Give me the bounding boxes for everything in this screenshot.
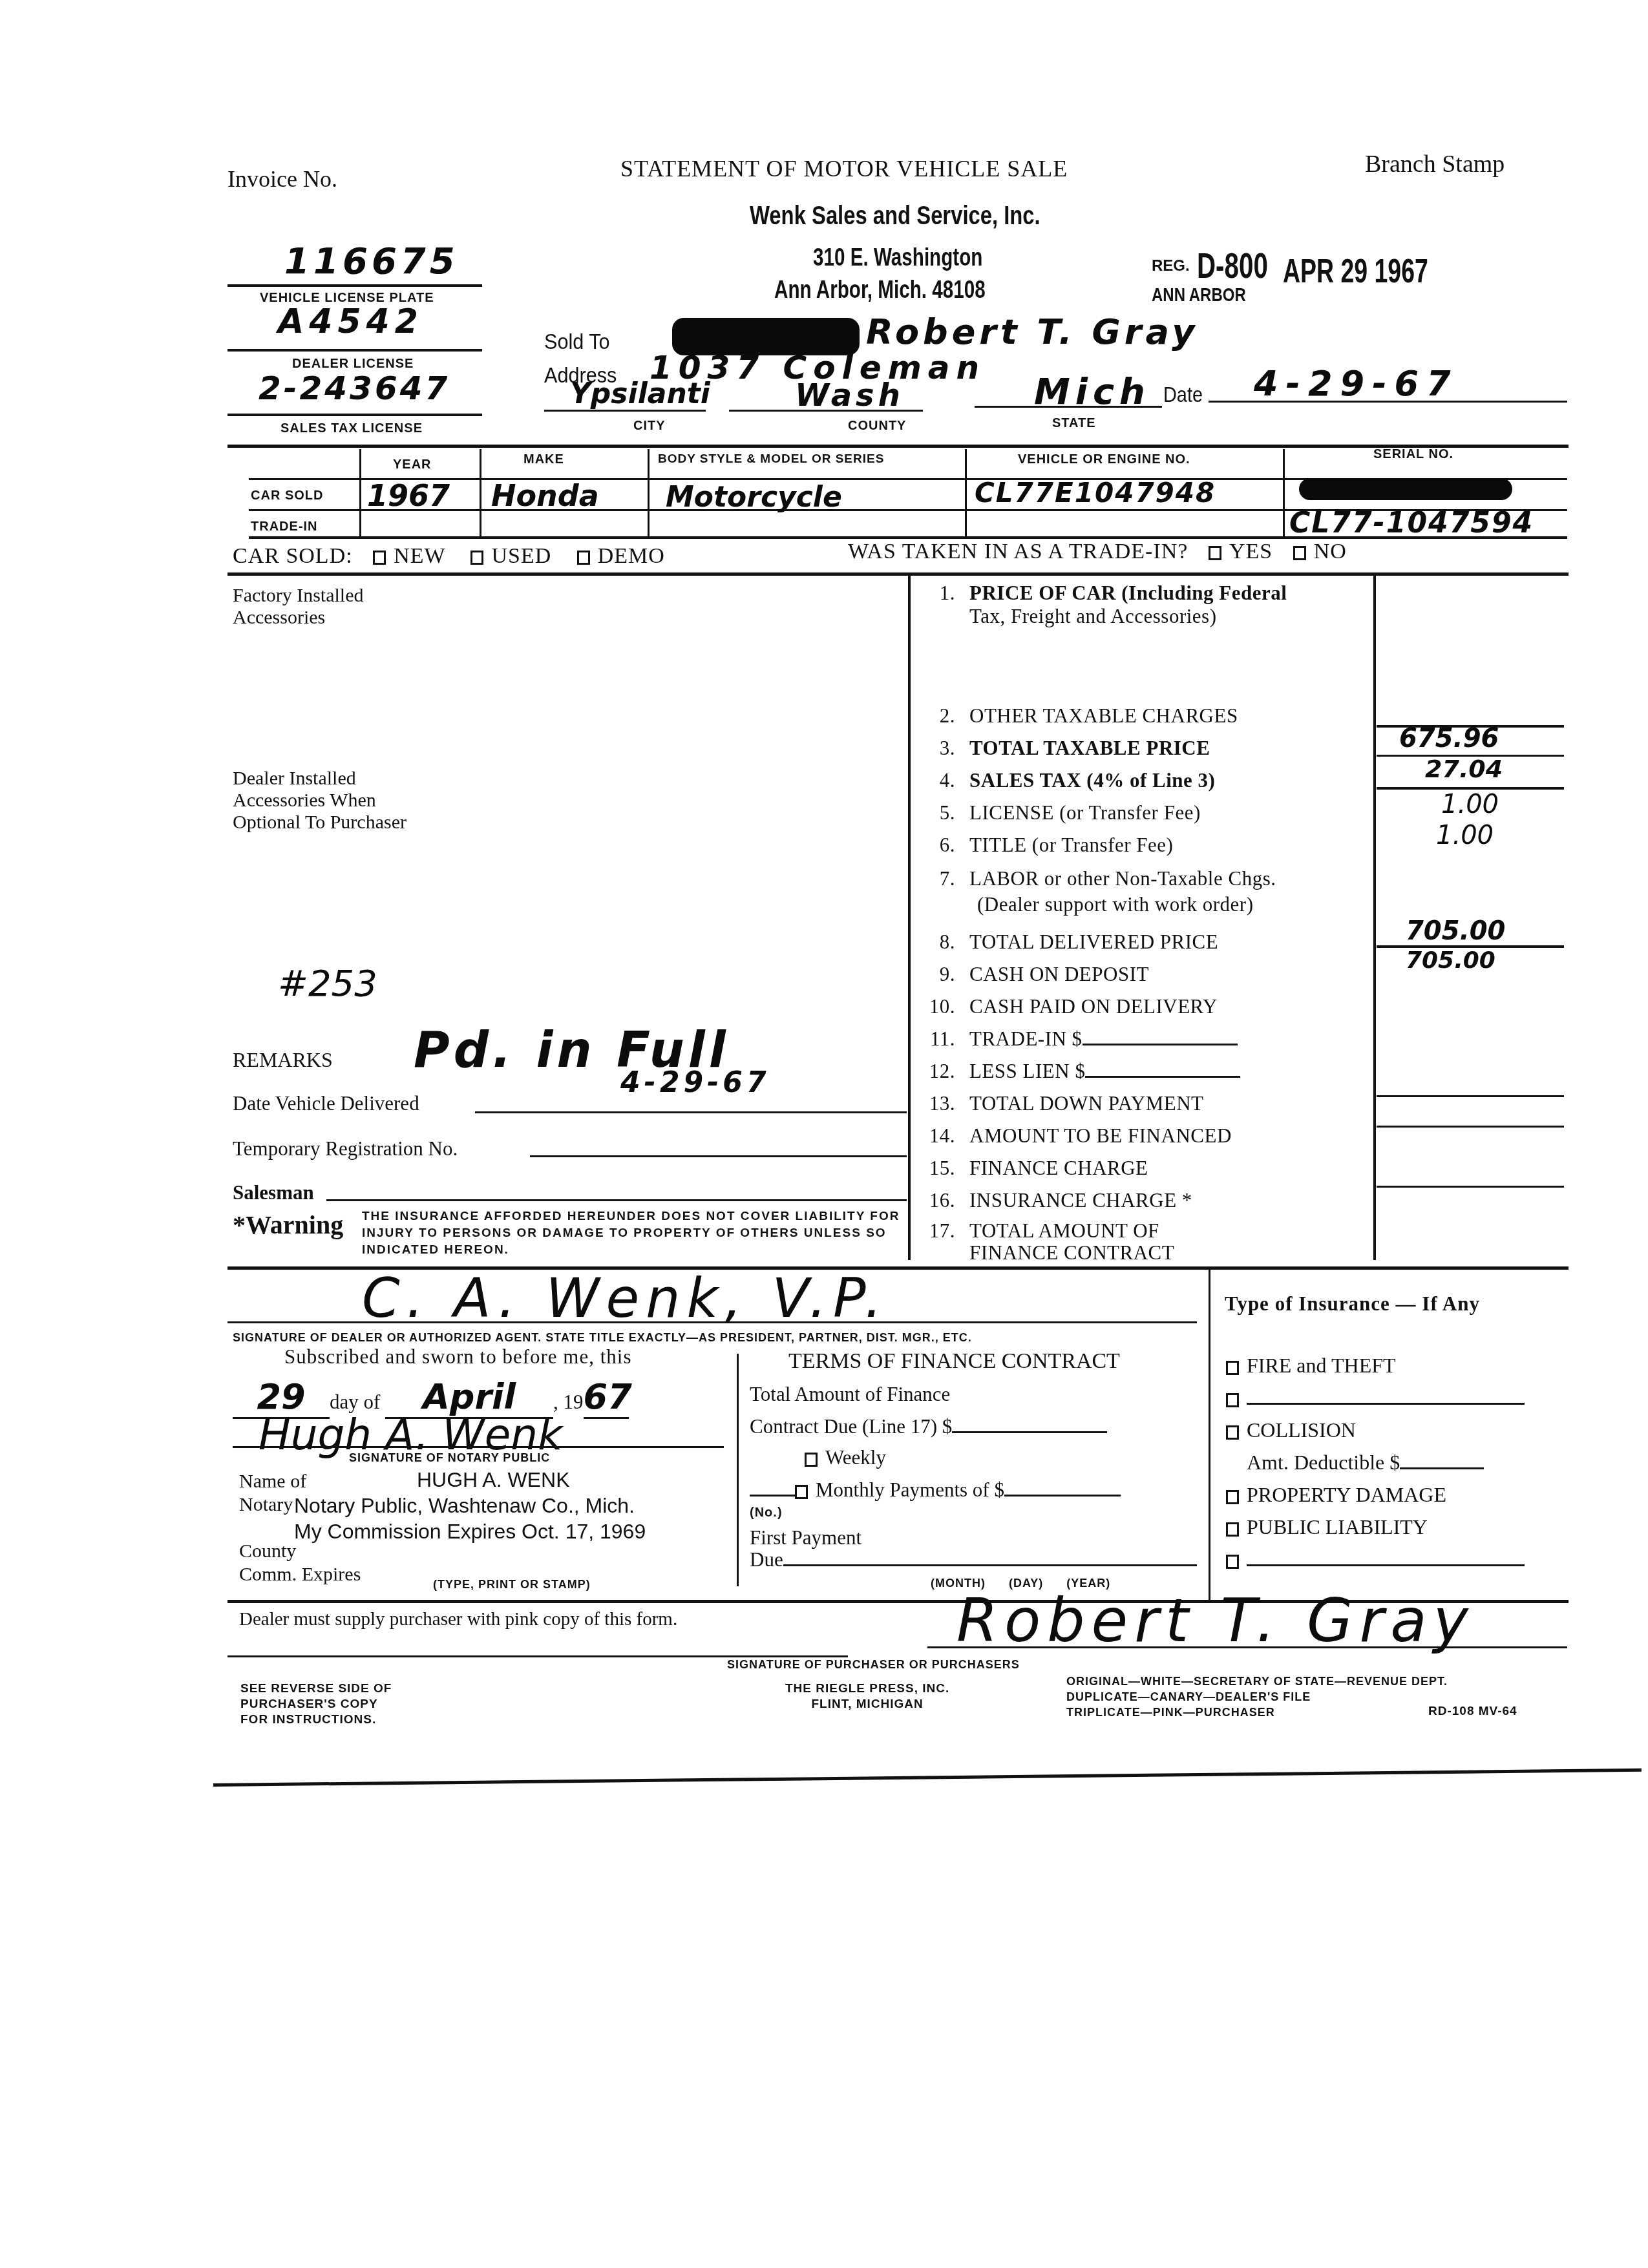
- monthly-option: Monthly Payments of $: [750, 1478, 1121, 1502]
- line-10-cash-delivery: 10.CASH PAID ON DELIVERY: [924, 995, 1218, 1018]
- line-4-sales-tax: 4.SALES TAX (4% of Line 3): [924, 769, 1215, 792]
- remarks-label: REMARKS: [233, 1048, 333, 1072]
- printer-credit: THE RIEGLE PRESS, INC. FLINT, MICHIGAN: [785, 1681, 949, 1712]
- amount-line-3[interactable]: 675.96: [1399, 724, 1499, 753]
- bottom-rule: [213, 1769, 1642, 1787]
- insurance-option-collision[interactable]: COLLISION: [1226, 1414, 1525, 1446]
- amount-line-6[interactable]: 1.00: [1436, 821, 1494, 850]
- line-3-total-taxable: 3.TOTAL TAXABLE PRICE: [924, 737, 1210, 760]
- insurance-option-blank-1[interactable]: [1226, 1381, 1525, 1414]
- amount-line-9[interactable]: 705.00: [1406, 947, 1495, 974]
- see-reverse-note: SEE REVERSE SIDE OF PURCHASER'S COPY FOR…: [240, 1681, 392, 1728]
- date-delivered-label: Date Vehicle Delivered: [233, 1092, 419, 1115]
- deductible: Amt. Deductible $: [1247, 1446, 1525, 1478]
- yes-label: YES: [1229, 540, 1273, 563]
- dealer-license-value[interactable]: A4542: [278, 302, 423, 341]
- no-label: NO: [1314, 540, 1347, 563]
- amount-line-4[interactable]: 27.04: [1425, 755, 1503, 783]
- trade-in-question-label: WAS TAKEN IN AS A TRADE-IN?: [848, 540, 1188, 563]
- purchaser-signature[interactable]: Robert T. Gray: [956, 1586, 1475, 1655]
- amount-line-5[interactable]: 1.00: [1441, 790, 1499, 819]
- car-sold-label: CAR SOLD:: [233, 544, 353, 568]
- sold-to-label: Sold To: [544, 330, 610, 355]
- line-17-total-finance: 17.TOTAL AMOUNT OF FINANCE CONTRACT: [924, 1220, 1174, 1264]
- notary-stamp: HUGH A. WENK Notary Public, Washtenaw Co…: [255, 1467, 646, 1544]
- dealer-street: 310 E. Washington: [813, 244, 982, 272]
- monthly-checkbox[interactable]: [795, 1485, 808, 1499]
- form-title: STATEMENT OF MOTOR VEHICLE SALE: [620, 155, 1068, 182]
- insurance-title: Type of Insurance — If Any: [1225, 1292, 1480, 1316]
- dealer-signature[interactable]: C. A. Wenk, V.P.: [362, 1266, 889, 1330]
- car-sold-options: CAR SOLD: NEW USED DEMO: [233, 544, 665, 569]
- line-13-down-payment: 13.TOTAL DOWN PAYMENT: [924, 1092, 1203, 1115]
- yes-checkbox[interactable]: [1209, 546, 1221, 560]
- sworn-text: Subscribed and sworn to before me, this: [284, 1345, 631, 1369]
- copy-distribution: ORIGINAL—WHITE—SECRETARY OF STATE—REVENU…: [1066, 1674, 1448, 1720]
- line-6-title: 6.TITLE (or Transfer Fee): [924, 834, 1173, 857]
- insurance-option-fire-theft[interactable]: FIRE and THEFT: [1226, 1349, 1525, 1381]
- new-label: NEW: [394, 544, 445, 568]
- line-5-license: 5.LICENSE (or Transfer Fee): [924, 801, 1201, 824]
- factory-accessories-label: Factory Installed Accessories: [233, 585, 363, 629]
- col-serial-no: SERIAL NO.: [1373, 447, 1453, 462]
- weekly-option: Weekly: [805, 1446, 886, 1469]
- weekly-checkbox[interactable]: [805, 1453, 818, 1467]
- invoice-label: Invoice No.: [227, 165, 337, 193]
- line-1-price-of-car: 1.PRICE OF CAR (Including Federal Tax, F…: [924, 582, 1287, 628]
- dealer-accessories-label: Dealer Installed Accessories When Option…: [233, 768, 407, 834]
- insurance-options: FIRE and THEFT COLLISION Amt. Deductible…: [1226, 1349, 1525, 1575]
- temp-reg-label: Temporary Registration No.: [233, 1137, 458, 1160]
- notary-signature-caption: Signature of Notary Public: [349, 1451, 550, 1465]
- dealer-city: Ann Arbor, Mich. 48108: [774, 277, 986, 304]
- date-value[interactable]: 4-29-67: [1254, 363, 1459, 404]
- city-value[interactable]: Ypsilanti: [570, 377, 710, 410]
- stamp-code: D-800: [1197, 244, 1268, 286]
- no-checkbox[interactable]: [1293, 546, 1306, 560]
- row-label-car-sold: CAR SOLD: [251, 488, 323, 503]
- stamp-branch: ANN ARBOR: [1152, 284, 1246, 306]
- line-12-less-lien: 12.LESS LIEN $: [924, 1060, 1240, 1083]
- no-label: (No.): [750, 1506, 783, 1520]
- first-payment-label: First Payment: [750, 1526, 861, 1549]
- insurance-option-public-liability[interactable]: PUBLIC LIABILITY: [1226, 1511, 1525, 1543]
- car-sold-body[interactable]: Motorcycle: [666, 481, 842, 514]
- deductible-field[interactable]: [1400, 1467, 1484, 1469]
- salesman-label: Salesman: [233, 1181, 314, 1204]
- col-body-style: BODY STYLE & MODEL OR SERIES: [658, 452, 884, 467]
- line-9-cash-deposit: 9.CASH ON DEPOSIT: [924, 963, 1149, 986]
- sold-to-value[interactable]: Robert T. Gray: [866, 311, 1198, 352]
- row-label-trade-in: TRADE-IN: [251, 520, 318, 534]
- demo-checkbox[interactable]: [577, 551, 590, 565]
- stamp-reg: REG.: [1152, 257, 1190, 275]
- amount-line-8[interactable]: 705.00: [1406, 916, 1505, 946]
- remarks-date[interactable]: 4-29-67: [620, 1066, 770, 1099]
- used-label: USED: [491, 544, 551, 568]
- line-7-labor: 7.LABOR or other Non-Taxable Chgs. (Deal…: [924, 866, 1276, 918]
- line-2-other-taxable: 2.OTHER TAXABLE CHARGES: [924, 704, 1238, 728]
- car-sold-year[interactable]: 1967: [367, 478, 450, 513]
- form-code: RD-108 MV-64: [1428, 1705, 1517, 1719]
- warning-text: THE INSURANCE AFFORDED HEREUNDER DOES NO…: [362, 1208, 905, 1259]
- line-15-finance-charge: 15.FINANCE CHARGE: [924, 1157, 1148, 1180]
- demo-label: DEMO: [598, 544, 665, 568]
- warning-label: *Warning: [233, 1210, 343, 1240]
- finance-total-line2: Contract Due (Line 17) $: [750, 1415, 1107, 1438]
- insurance-option-property-damage[interactable]: PROPERTY DAMAGE: [1226, 1478, 1525, 1511]
- contract-due-field[interactable]: [952, 1431, 1107, 1433]
- redacted-serial: [1299, 478, 1512, 500]
- line-11-trade-in: 11.TRADE-IN $: [924, 1027, 1238, 1051]
- finance-terms-title: TERMS OF FINANCE CONTRACT: [788, 1349, 1120, 1374]
- line-16-insurance-charge: 16.INSURANCE CHARGE *: [924, 1189, 1192, 1212]
- state-label: STATE: [1052, 416, 1096, 431]
- pink-copy-note: Dealer must supply purchaser with pink c…: [239, 1609, 677, 1630]
- notary-type-caption: (Type, Print or Stamp): [433, 1578, 591, 1591]
- insurance-option-blank-2[interactable]: [1226, 1543, 1525, 1575]
- dealer-signature-caption: Signature of Dealer or Authorized Agent.…: [233, 1331, 972, 1345]
- vehicle-license-plate-value[interactable]: 116675: [284, 240, 459, 282]
- col-make: MAKE: [523, 452, 564, 467]
- trade-in-question: WAS TAKEN IN AS A TRADE-IN? YES NO: [848, 540, 1347, 564]
- car-sold-engine[interactable]: CL77E1047948: [975, 477, 1216, 509]
- new-checkbox[interactable]: [373, 551, 386, 565]
- car-sold-make[interactable]: Honda: [491, 478, 599, 513]
- purchaser-signature-caption: Signature of Purchaser or Purchasers: [727, 1658, 1020, 1672]
- line-14-amount-financed: 14.AMOUNT TO BE FINANCED: [924, 1124, 1232, 1148]
- sales-tax-license-value[interactable]: 2-243647: [259, 370, 450, 407]
- county-value[interactable]: Wash: [795, 377, 904, 414]
- first-payment-due-field[interactable]: [783, 1564, 1197, 1566]
- county-label: COUNTY: [848, 419, 906, 434]
- branch-stamp-label: Branch Stamp: [1365, 150, 1505, 178]
- reference-number: #253: [278, 963, 377, 1005]
- first-payment-due: Due: [750, 1548, 1197, 1571]
- year-value[interactable]: 67: [584, 1376, 629, 1419]
- col-engine-no: VEHICLE OR ENGINE NO.: [1018, 452, 1190, 467]
- sales-tax-license-label: Sales Tax License: [280, 421, 423, 436]
- date-label: Date: [1163, 383, 1203, 408]
- stamp-date: APR 29 1967: [1283, 252, 1428, 291]
- used-checkbox[interactable]: [470, 551, 483, 565]
- city-label: CITY: [633, 419, 666, 434]
- finance-total-line1: Total Amount of Finance: [750, 1383, 950, 1406]
- trade-in-serial[interactable]: CL77-1047594: [1289, 507, 1534, 540]
- dealer-name: Wenk Sales and Service, Inc.: [750, 202, 1041, 231]
- col-year: YEAR: [393, 457, 432, 472]
- line-8-total-delivered: 8.TOTAL DELIVERED PRICE: [924, 930, 1218, 954]
